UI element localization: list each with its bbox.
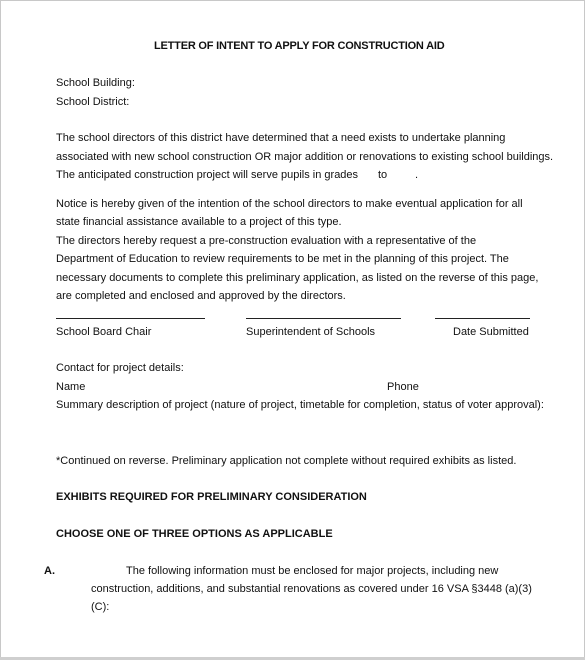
superintendent-label: Superintendent of Schools [246, 325, 375, 339]
section-a-line1: The following information must be enclos… [126, 564, 498, 578]
contact-heading: Contact for project details: [56, 361, 184, 375]
section-a-line3: (C): [91, 600, 109, 614]
section-a-line2: construction, additions, and substantial… [91, 582, 532, 596]
board-chair-label: School Board Chair [56, 325, 151, 339]
board-chair-signature-line [56, 318, 205, 319]
options-heading: CHOOSE ONE OF THREE OPTIONS AS APPLICABL… [56, 527, 333, 541]
date-signature-line [435, 318, 530, 319]
grades-period: . [415, 168, 418, 182]
summary-label: Summary description of project (nature o… [56, 398, 544, 412]
paragraph1-line1: The school directors of this district ha… [56, 131, 505, 145]
paragraph2-line4: Department of Education to review requir… [56, 252, 509, 266]
contact-phone-label: Phone [387, 380, 419, 394]
paragraph2-line5: necessary documents to complete this pre… [56, 271, 538, 285]
grades-to-label: to [378, 168, 387, 182]
paragraph1-line2: associated with new school construction … [56, 150, 553, 164]
paragraph1-line3: The anticipated construction project wil… [56, 168, 358, 182]
date-submitted-label: Date Submitted [453, 325, 529, 339]
contact-name-label: Name [56, 380, 85, 394]
school-district-label: School District: [56, 95, 129, 109]
document-title: LETTER OF INTENT TO APPLY FOR CONSTRUCTI… [154, 39, 444, 53]
continued-note: *Continued on reverse. Preliminary appli… [56, 454, 516, 468]
exhibits-heading: EXHIBITS REQUIRED FOR PRELIMINARY CONSID… [56, 490, 367, 504]
superintendent-signature-line [246, 318, 401, 319]
paragraph2-line2: state financial assistance available to … [56, 215, 342, 229]
paragraph2-line1: Notice is hereby given of the intention … [56, 197, 523, 211]
paragraph2-line6: are completed and enclosed and approved … [56, 289, 346, 303]
document-page: LETTER OF INTENT TO APPLY FOR CONSTRUCTI… [0, 0, 585, 658]
school-building-label: School Building: [56, 76, 135, 90]
paragraph2-line3: The directors hereby request a pre-const… [56, 234, 476, 248]
section-a-marker: A. [44, 564, 55, 578]
